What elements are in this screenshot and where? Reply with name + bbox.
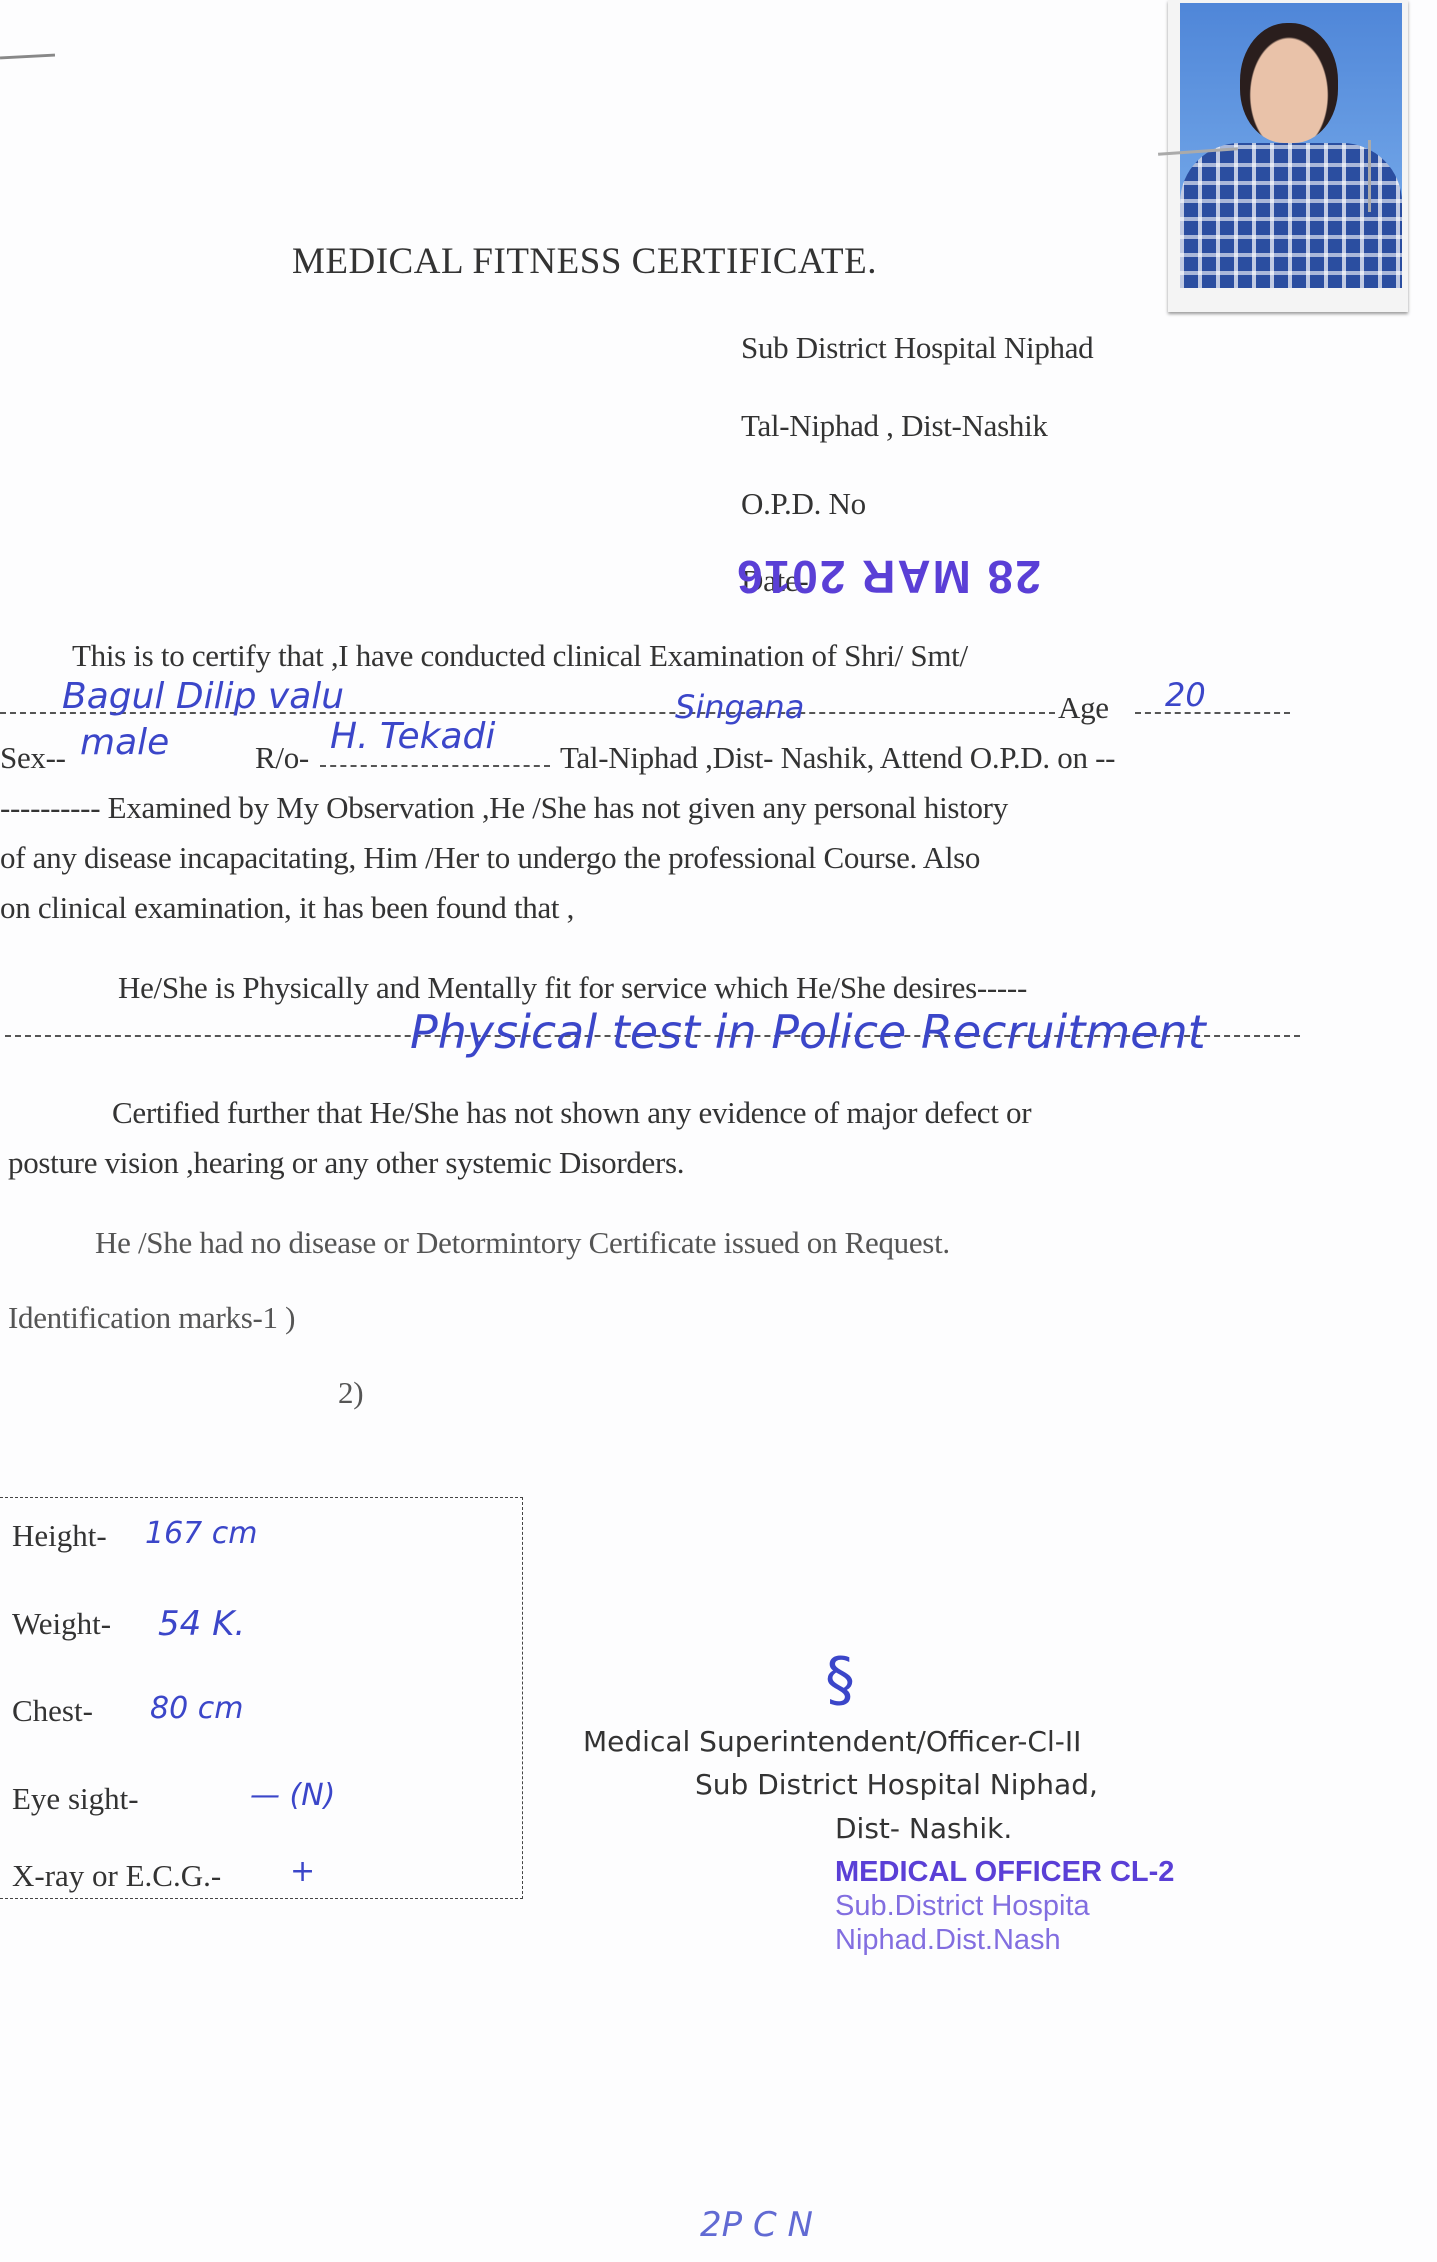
hospital-name: Sub District Hospital Niphad — [741, 330, 1093, 366]
staple-mark — [0, 54, 55, 60]
patient-residence-extra: Singana — [675, 688, 804, 726]
examined-line: ---------- Examined by My Observation ,H… — [0, 790, 1008, 826]
bottom-handwritten-note: 2P C N — [700, 2205, 813, 2245]
seal-line-3: Niphad.Dist.Nash — [835, 1923, 1174, 1957]
opd-number-label: O.P.D. No — [741, 486, 866, 522]
signatory-hospital: Sub District Hospital Niphad, — [695, 1768, 1098, 1801]
identification-marks-label: Identification marks-1 ) — [8, 1300, 295, 1336]
signatory-title: Medical Superintendent/Officer-Cl-II — [583, 1725, 1081, 1758]
signature: § — [825, 1645, 855, 1715]
fit-statement: He/She is Physically and Mentally fit fo… — [118, 970, 1027, 1006]
patient-residence: H. Tekadi — [330, 716, 495, 757]
xray-ecg-label: X-ray or E.C.G.- — [12, 1858, 221, 1894]
residence-label: R/o- — [255, 740, 309, 776]
certified-line-2: posture vision ,hearing or any other sys… — [8, 1145, 684, 1181]
residence-dash-line — [320, 765, 550, 767]
found-line: on clinical examination, it has been fou… — [0, 890, 574, 926]
hospital-location: Tal-Niphad , Dist-Nashik — [741, 408, 1048, 444]
service-purpose: Physical test in Police Recruitment — [410, 1005, 1206, 1059]
eye-sight-value: — (N) — [250, 1778, 335, 1813]
weight-value: 54 K. — [158, 1604, 245, 1644]
height-value: 167 cm — [145, 1516, 258, 1551]
patient-name: Bagul Dilip valu — [62, 676, 344, 717]
certified-line-1: Certified further that He/She has not sh… — [112, 1095, 1031, 1131]
residence-rest: Tal-Niphad ,Dist- Nashik, Attend O.P.D. … — [560, 740, 1115, 776]
weight-label: Weight- — [12, 1606, 111, 1642]
chest-label: Chest- — [12, 1693, 93, 1729]
no-disease-line: He /She had no disease or Detormintory C… — [95, 1225, 950, 1261]
eye-sight-label: Eye sight- — [12, 1781, 139, 1817]
patient-sex: male — [80, 722, 169, 763]
applicant-photo — [1168, 0, 1408, 312]
signatory-district: Dist- Nashik. — [835, 1812, 1012, 1845]
medical-officer-seal: MEDICAL OFFICER CL-2 Sub.District Hospit… — [835, 1855, 1174, 1957]
xray-ecg-value: + — [290, 1854, 315, 1889]
seal-line-2: Sub.District Hospita — [835, 1889, 1174, 1923]
patient-age: 20 — [1165, 676, 1206, 714]
measurements-box: Height- 167 cm Weight- 54 K. Chest- 80 c… — [0, 1497, 523, 1899]
incapacity-line: of any disease incapacitating, Him /Her … — [0, 840, 980, 876]
certify-line: This is to certify that ,I have conducte… — [72, 638, 968, 674]
identification-mark-2: 2) — [338, 1375, 363, 1411]
age-dash-line — [1135, 712, 1290, 714]
seal-line-1: MEDICAL OFFICER CL-2 — [835, 1855, 1174, 1889]
chest-value: 80 cm — [150, 1691, 243, 1726]
certificate-title: MEDICAL FITNESS CERTIFICATE. — [292, 240, 877, 283]
age-label: Age — [1058, 690, 1109, 726]
date-stamp: 28 MAR 2016 — [735, 550, 1041, 604]
height-label: Height- — [12, 1518, 107, 1554]
sex-label: Sex-- — [0, 740, 66, 776]
